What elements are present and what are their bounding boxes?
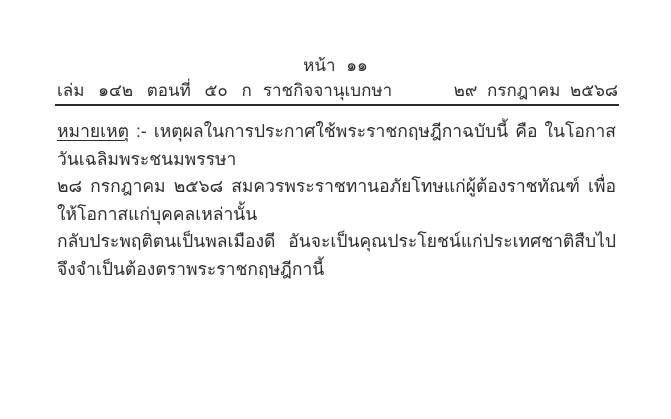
note-line-1: หมายเหตุ :- เหตุผลในการประกาศใช้พระราชกฤ… [57,118,616,173]
note-line-2: ๒๘ กรกฎาคม ๒๕๖๘ สมควรพระราชทานอภัยโทษแก่… [57,173,616,228]
page-number: หน้า ๑๑ [0,55,671,77]
gazette-page: หน้า ๑๑ เล่ม ๑๔๒ ตอนที่ ๕๐ ก ราชกิจจานุเ… [0,0,671,419]
note-separator: :- [136,121,147,141]
note-line-3: กลับประพฤติตนเป็นพลเมืองดี อันจะเป็นคุณป… [57,228,616,283]
header-rule [55,104,619,106]
note-paragraph: หมายเหตุ :- เหตุผลในการประกาศใช้พระราชกฤ… [57,118,616,283]
gazette-header: เล่ม ๑๔๒ ตอนที่ ๕๐ ก ราชกิจจานุเบกษา ๒๙ … [57,79,618,103]
volume-part-label: เล่ม ๑๔๒ ตอนที่ ๕๐ ก [57,79,252,103]
note-label: หมายเหตุ [57,121,129,141]
gazette-date: ๒๙ กรกฎาคม ๒๕๖๘ [454,79,618,103]
